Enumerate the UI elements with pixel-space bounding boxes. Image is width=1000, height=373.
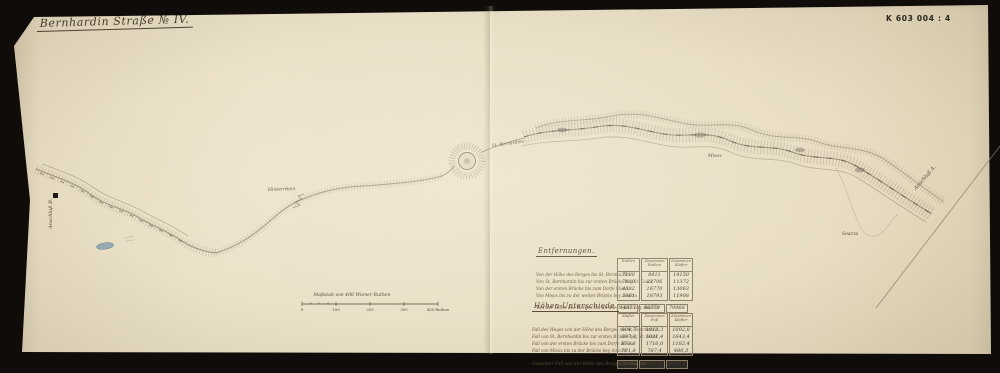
cell: 13063 xyxy=(670,286,692,293)
scale-tick-200: 200 xyxy=(366,307,374,312)
column-header: Ruthen xyxy=(618,259,639,273)
scale-caption: Maßstab von 400 Wiener Ruthen xyxy=(313,292,391,298)
terrain-knot-4 xyxy=(855,168,865,173)
heights-col-zusammen-fuss: Zusammen Fuß 1013,3 1031,4 1716,0 767,4 xyxy=(641,313,668,357)
table-row: Fall von St. Bernhardin bis zur ersten B… xyxy=(532,333,616,340)
cell: 697,3 xyxy=(618,334,639,341)
column-header: Zusammen Klafter xyxy=(670,259,692,273)
terrain-spur-soazza xyxy=(836,168,898,236)
label-st-bernardino: St. Bernardino xyxy=(492,139,525,149)
scale-tick-300: 300 xyxy=(400,307,408,312)
terrain-band-left-upper xyxy=(42,164,188,236)
label-misox: Misox xyxy=(707,153,722,159)
heights-total-row: Gesamter Fall von der Höhe des Berges bi… xyxy=(532,360,688,369)
sheet-edge-diagonal xyxy=(876,146,1000,308)
scale-end-label: 400 Ruthen xyxy=(427,307,450,312)
cell: 1013,3 xyxy=(642,327,667,334)
table-heights-title: Höhen-Unterschiede. xyxy=(532,302,619,312)
cell: 1092,8 xyxy=(670,327,692,334)
table-row: Von der Höhe des Berges bis St. Bernhard… xyxy=(536,271,616,278)
scanned-map-sheet: { "header": { "title": "Bernhardin Straß… xyxy=(0,0,1000,373)
table-heights-labels: Fall des Weges von der Höhe des Berges b… xyxy=(532,313,616,354)
cell: 873,8 xyxy=(618,341,639,348)
cell: 791,8 xyxy=(618,348,639,355)
pass-lake-center xyxy=(464,158,470,164)
column-header: Zusammen Klafter xyxy=(670,314,692,328)
cell: 767,4 xyxy=(642,348,667,355)
total-cell: 3033,3 xyxy=(640,361,663,368)
label-hinterrhein: Hinterrhein xyxy=(267,186,296,193)
column-header: Zusammen Ruthen xyxy=(642,259,667,273)
cell: 1182,4 xyxy=(670,341,692,348)
label-soazza: Soazza xyxy=(842,231,858,237)
pencil-marks xyxy=(124,236,134,241)
total-cell: 3667,4 xyxy=(667,361,687,368)
terrain-knot-3 xyxy=(795,148,805,152)
cell: 7100 xyxy=(618,272,639,279)
map-drawing: Hinterrhein St. Bernardino Misox Soazza … xyxy=(0,0,1000,373)
cell: 804,7 xyxy=(618,327,639,334)
join-mark-square xyxy=(53,193,58,198)
scale-tick-100: 100 xyxy=(332,307,340,312)
cell: 1031,4 xyxy=(642,334,667,341)
terrain-band-right-stipple xyxy=(524,125,932,214)
table-row: Von der ersten Brücke bis zum Dorfe Miso… xyxy=(536,285,616,292)
column-header: Zusammen Fuß xyxy=(642,314,667,328)
terrain-band-right-bottom xyxy=(522,137,926,222)
terrain-knot-2 xyxy=(694,132,706,137)
join-label-left: Anschluß B. xyxy=(48,198,54,230)
table-row: Von St. Bernhardin bis zur ersten Brücke… xyxy=(536,278,616,285)
scale-tick-0: 0 xyxy=(301,307,304,312)
total-label: Gesamter Fall von der Höhe des Berges bi… xyxy=(532,361,616,368)
catalog-stamp: K 603 004 : 4 xyxy=(886,14,951,23)
heights-col-klafter: Klafter 804,7 697,3 873,8 791,8 xyxy=(617,313,640,357)
table-row: Fall von Misox bis zu der Brücke bey Soa… xyxy=(532,347,616,354)
cell: 8411 xyxy=(642,272,667,279)
cell: 14150 xyxy=(670,272,692,279)
total-cell: 1876,4 xyxy=(618,361,637,368)
cell: 22706 xyxy=(642,279,667,286)
cell: 1643,4 xyxy=(670,334,692,341)
terrain-band-middle xyxy=(216,176,442,253)
terrain-knot-1 xyxy=(557,128,567,133)
table-row: Fall von der ersten Brücke bis zum Dorfe… xyxy=(532,340,616,347)
table-row: Fall des Weges von der Höhe des Berges b… xyxy=(532,326,616,333)
table-heights: Höhen-Unterschiede. Fall des Weges von d… xyxy=(532,293,688,369)
heights-col-zusammen-klafter: Zusammen Klafter 1092,8 1643,4 1182,4 48… xyxy=(669,313,693,357)
cell: 7830 xyxy=(618,279,639,286)
small-lake xyxy=(96,242,114,251)
cell: 16770 xyxy=(642,286,667,293)
cell: 4382 xyxy=(618,286,639,293)
column-header: Klafter xyxy=(618,314,639,328)
terrain-band-middle-stipple xyxy=(216,176,442,253)
table-distances-title: Entfernungen. xyxy=(536,247,597,257)
cell: 1716,0 xyxy=(642,341,667,348)
cell: 480,3 xyxy=(670,348,692,355)
cell: 11372 xyxy=(670,279,692,286)
